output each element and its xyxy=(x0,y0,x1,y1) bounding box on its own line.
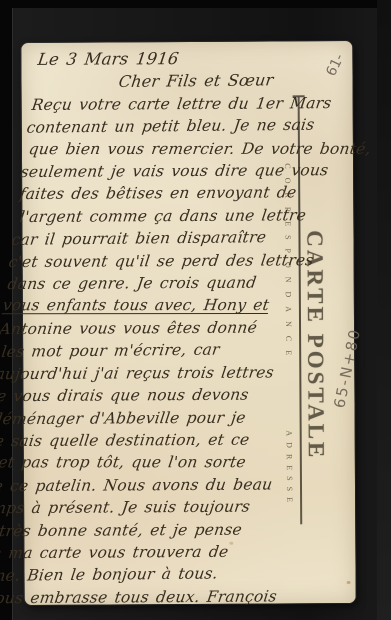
letter-date: Le 3 Mars 1916 xyxy=(36,47,373,71)
scanned-postcard-photo: CORRESPONDANCE ADRESSE CARTE POSTALE Le … xyxy=(0,0,391,620)
handwritten-line: dans ce genre. Je crois quand xyxy=(6,271,343,295)
handwritten-line: Reçu votre carte lettre du 1er Mars xyxy=(30,92,367,116)
handwritten-line: en très bonne santé, et je pense xyxy=(0,518,310,542)
paper-speck xyxy=(229,542,233,545)
handwritten-line: Je vous dirais que nous devons xyxy=(0,383,328,407)
handwritten-line: ne sais quelle destination, et ce xyxy=(0,428,322,452)
postcard-back: CORRESPONDANCE ADRESSE CARTE POSTALE Le … xyxy=(21,41,355,605)
handwritten-line: n'et pas trop tôt, que l'on sorte xyxy=(0,451,319,474)
handwritten-line: Antonine vous vous êtes donné xyxy=(0,316,337,340)
handwritten-line: déménager d'Abbeville pour je xyxy=(0,406,325,430)
handwritten-line: l'argent comme ça dans une lettre xyxy=(18,204,352,228)
handwritten-line: Je vous embrasse tous deux. François xyxy=(0,585,301,609)
handwritten-line: de ce patelin. Nous avons du beau xyxy=(0,473,316,497)
handwritten-line: faites des bêtises en envoyant de xyxy=(18,181,355,205)
handwritten-line: que bien vous remercier. De votre bonté, xyxy=(27,137,361,160)
handwritten-line: temps à présent. Je suis toujours xyxy=(0,495,313,519)
handwritten-letter: Le 3 Mars 1916 Cher Fils et Sœur Reçu vo… xyxy=(0,47,373,610)
paper-speck xyxy=(347,581,351,584)
handwritten-line: vous enfants tous avec, Hony et xyxy=(1,294,340,317)
handwritten-line: car il pourrait bien disparaître xyxy=(10,226,349,252)
letter-body: Reçu votre carte lettre du 1er Marsconte… xyxy=(0,92,367,610)
handwritten-line: contenant un petit bleu. Je ne sais xyxy=(25,113,364,139)
handwritten-line: que ma carte vous trouvera de xyxy=(0,540,307,564)
handwritten-line: aujourd'hui j'ai reçus trois lettres xyxy=(0,361,331,385)
handwritten-line: seulement je vais vous dire que vous xyxy=(19,159,358,183)
handwritten-line: les mot pour m'écrire, car xyxy=(0,338,334,364)
scan-edge-strip xyxy=(377,0,391,620)
handwritten-line: c'et souvent qu'il se perd des lettres xyxy=(7,249,346,273)
handwritten-line: même. Bien le bonjour à tous. xyxy=(0,562,304,588)
